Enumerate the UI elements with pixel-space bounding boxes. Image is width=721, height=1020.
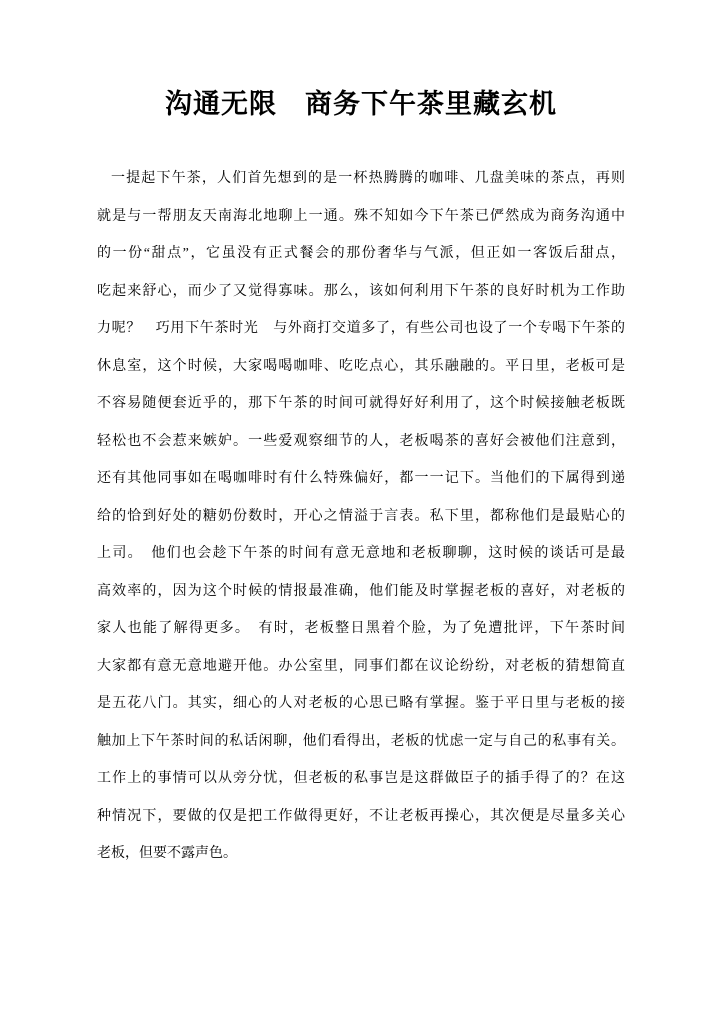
text-line: 不容易随便套近乎的，那下午茶的时间可就得好好利用了，这个时候接触老板既 xyxy=(97,385,625,423)
text-line: 一提起下午茶，人们首先想到的是一杯热腾腾的咖啡、几盘美味的茶点，再则 xyxy=(97,160,625,198)
text-line: 大家都有意无意地避开他。办公室里，同事们都在议论纷纷，对老板的猜想简直 xyxy=(97,648,625,686)
text-line: 休息室，这个时候，大家喝喝咖啡、吃吃点心，其乐融融的。平日里，老板可是 xyxy=(97,348,625,386)
text-line: 力呢？ 巧用下午茶时光 与外商打交道多了，有些公司也设了一个专喝下午茶的 xyxy=(97,310,625,348)
text-line: 吃起来舒心，而少了又觉得寡味。那么，该如何利用下午茶的良好时机为工作助 xyxy=(97,273,625,311)
text-line: 上司。 他们也会趁下午茶的时间有意无意地和老板聊聊，这时候的谈话可是最 xyxy=(97,535,625,573)
text-line: 老板，但要不露声色。 xyxy=(97,835,625,873)
text-line: 轻松也不会惹来嫉妒。一些爱观察细节的人，老板喝茶的喜好会被他们注意到， xyxy=(97,423,625,461)
document-title: 沟通无限 商务下午茶里藏玄机 xyxy=(97,88,625,120)
text-line: 就是与一帮朋友天南海北地聊上一通。殊不知如今下午茶已俨然成为商务沟通中 xyxy=(97,198,625,236)
text-line: 触加上下午茶时间的私话闲聊，他们看得出，老板的忧虑一定与自己的私事有关。 xyxy=(97,723,625,761)
text-line: 种情况下，要做的仅是把工作做得更好，不让老板再操心，其次便是尽量多关心 xyxy=(97,798,625,836)
text-line: 是五花八门。其实，细心的人对老板的心思已略有掌握。鉴于平日里与老板的接 xyxy=(97,685,625,723)
text-line: 给的恰到好处的糖奶份数时，开心之情溢于言表。私下里，都称他们是最贴心的 xyxy=(97,498,625,536)
text-line: 还有其他同事如在喝咖啡时有什么特殊偏好，都一一记下。当他们的下属得到递 xyxy=(97,460,625,498)
body-text: 一提起下午茶，人们首先想到的是一杯热腾腾的咖啡、几盘美味的茶点，再则 就是与一帮… xyxy=(97,160,625,873)
text-line: 家人也能了解得更多。 有时，老板整日黑着个脸，为了免遭批评，下午茶时间 xyxy=(97,610,625,648)
text-line: 高效率的，因为这个时候的情报最准确，他们能及时掌握老板的喜好，对老板的 xyxy=(97,573,625,611)
document-page: 沟通无限 商务下午茶里藏玄机 一提起下午茶，人们首先想到的是一杯热腾腾的咖啡、几… xyxy=(0,0,721,1020)
text-line: 工作上的事情可以从旁分忧，但老板的私事岂是这群做臣子的插手得了的？在这 xyxy=(97,760,625,798)
text-line: 的一份“甜点”，它虽没有正式餐会的那份奢华与气派，但正如一客饭后甜点， xyxy=(97,235,625,273)
